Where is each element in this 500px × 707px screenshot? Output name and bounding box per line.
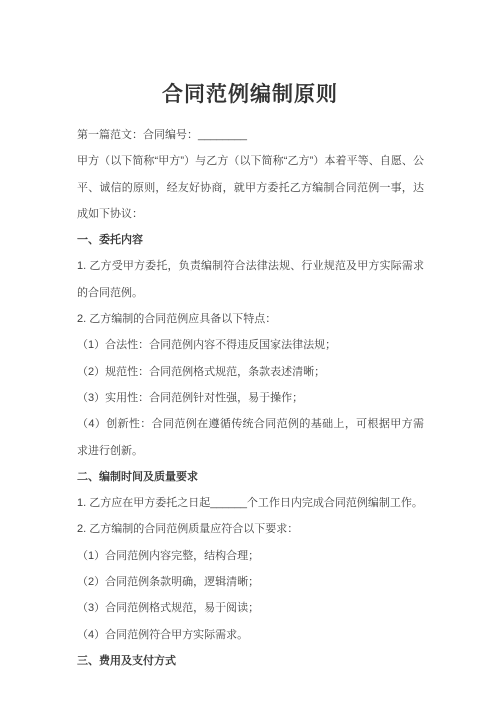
clause-1-2: 2. 乙方编制的合同范例应具备以下特点： [77, 306, 424, 332]
clause-1-2-item-2-standardization: （2）规范性：合同范例格式规范，条款表述清晰； [77, 359, 424, 385]
paragraph-contract-number: 第一篇范文：合同编号：________ [77, 122, 424, 148]
document-body: 第一篇范文：合同编号：________ 甲方（以下简称“甲方”）与乙方（以下简称… [0, 122, 500, 674]
document-page: 合同范例编制原则 第一篇范文：合同编号：________ 甲方（以下简称“甲方”… [0, 0, 500, 707]
clause-2-1: 1. 乙方应在甲方委托之日起______个工作日内完成合同范例编制工作。 [77, 490, 424, 516]
paragraph-preamble: 甲方（以下简称“甲方”）与乙方（以下简称“乙方”）本着平等、自愿、公平、诚信的原… [77, 148, 424, 227]
section-heading-2-time-quality: 二、编制时间及质量要求 [77, 464, 424, 490]
clause-1-2-item-4-innovation: （4）创新性：合同范例在遵循传统合同范例的基础上，可根据甲方需求进行创新。 [77, 411, 424, 464]
clause-1-1: 1. 乙方受甲方委托，负责编制符合法律法规、行业规范及甲方实际需求的合同范例。 [77, 253, 424, 306]
clause-2-2-item-4-needs: （4）合同范例符合甲方实际需求。 [77, 622, 424, 648]
clause-2-2-item-3-format: （3）合同范例格式规范，易于阅读； [77, 595, 424, 621]
clause-1-2-item-1-legality: （1）合法性：合同范例内容不得违反国家法律法规； [77, 332, 424, 358]
clause-2-2-item-1-completeness: （1）合同范例内容完整，结构合理； [77, 543, 424, 569]
section-heading-1-entrust-content: 一、委托内容 [77, 227, 424, 253]
clause-2-2: 2. 乙方编制的合同范例质量应符合以下要求： [77, 516, 424, 542]
clause-2-2-item-2-clarity: （2）合同范例条款明确，逻辑清晰； [77, 569, 424, 595]
section-heading-3-fees-payment: 三、费用及支付方式 [77, 648, 424, 674]
clause-1-2-item-3-practicality: （3）实用性：合同范例针对性强，易于操作； [77, 385, 424, 411]
document-title: 合同范例编制原则 [0, 80, 500, 110]
